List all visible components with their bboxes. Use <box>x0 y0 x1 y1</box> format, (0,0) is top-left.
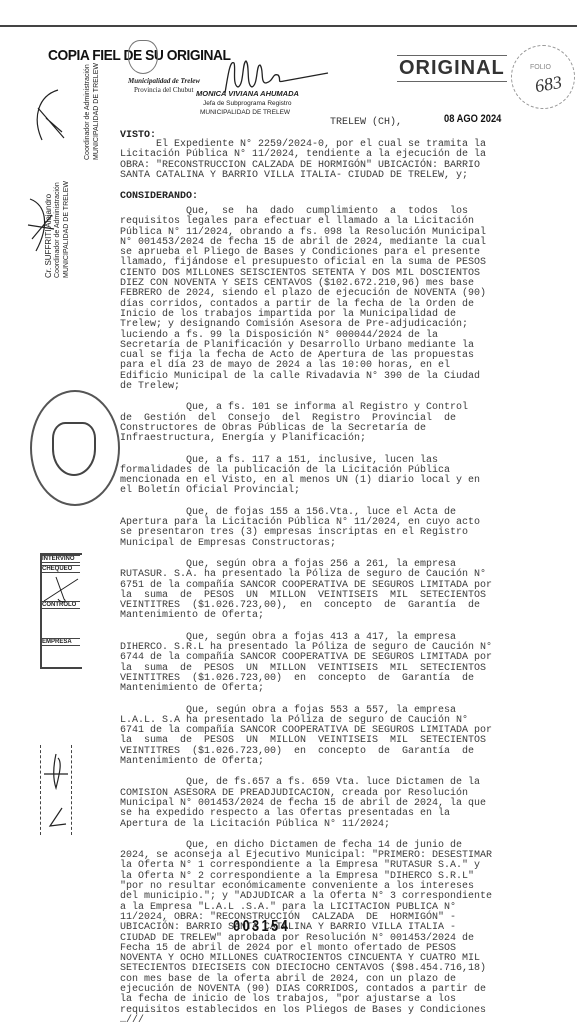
considerando-paragraph: Que, según obra a fojas 256 a 261, la em… <box>120 560 558 622</box>
considerando-paragraph: Que, según obra a fojas 553 a 557, la em… <box>120 706 558 768</box>
coordinator-2-name: Cr. SUFFRITI Alejandro <box>44 194 53 278</box>
coordinator-stamp-1-muni: MUNICIPALIDAD DE TRELEW <box>93 63 100 160</box>
initials-mark-icon <box>42 752 70 832</box>
coordinator-2-role: Coordinador de Administración <box>54 182 61 278</box>
municipality-shield-icon <box>52 422 96 476</box>
considerando-paragraph: Que, se ha dado cumplimiento a todos los… <box>120 207 558 392</box>
place: TRELEW (CH), <box>330 117 402 128</box>
considerando-paragraph: Que, según obra a fojas 413 a 417, la em… <box>120 633 558 695</box>
serial-number: 003154 <box>233 918 290 936</box>
signatory-municipality: MUNICIPALIDAD DE TRELEW <box>200 109 290 116</box>
scan-top-edge <box>0 25 577 27</box>
considerando-paragraph: Que, de fojas 155 a 156.Vta., luce el Ac… <box>120 508 558 549</box>
municipality-name: Municipalidad de Trelew <box>128 77 200 85</box>
box-label-intervino: INTERVINO <box>42 555 80 563</box>
initials-signature-icon <box>28 88 68 148</box>
coordinator-stamp-1: Coordinador de Administración <box>84 64 91 160</box>
province-name: Provincia del Chubut <box>134 86 194 94</box>
box-label-chequeo: CHEQUEO <box>42 565 80 573</box>
visto-paragraph: El Expediente N° 2259/2024-0, por el cua… <box>120 140 558 181</box>
box-label-empresa: EMPRESA <box>42 638 80 646</box>
municipality-crest-icon <box>128 40 158 74</box>
coordinator-2-muni: MUNICIPALIDAD DE TRELEW <box>63 181 70 278</box>
considerando-paragraph: Que, de fs.657 a fs. 659 Vta. luce Dicta… <box>120 778 558 829</box>
original-stamp: ORIGINAL <box>397 55 507 82</box>
date-stamp: 08 AGO 2024 <box>444 113 501 125</box>
folio-label: FOLIO <box>530 64 551 71</box>
check-mark-icon <box>42 575 80 603</box>
signatory-role: Jefa de Subprograma Registro <box>203 100 292 107</box>
considerando-heading: CONSIDERANDO: <box>120 191 198 202</box>
considerando-paragraph: Que, en dicho Dictamen de fecha 14 de ju… <box>120 841 558 1024</box>
considerando-paragraph: Que, a fs. 117 a 151, inclusive, lucen l… <box>120 456 558 497</box>
signatory-name: MONICA VIVIANA AHUMADA <box>196 89 299 98</box>
considerando-paragraph: Que, a fs. 101 se informa al Registro y … <box>120 403 558 444</box>
